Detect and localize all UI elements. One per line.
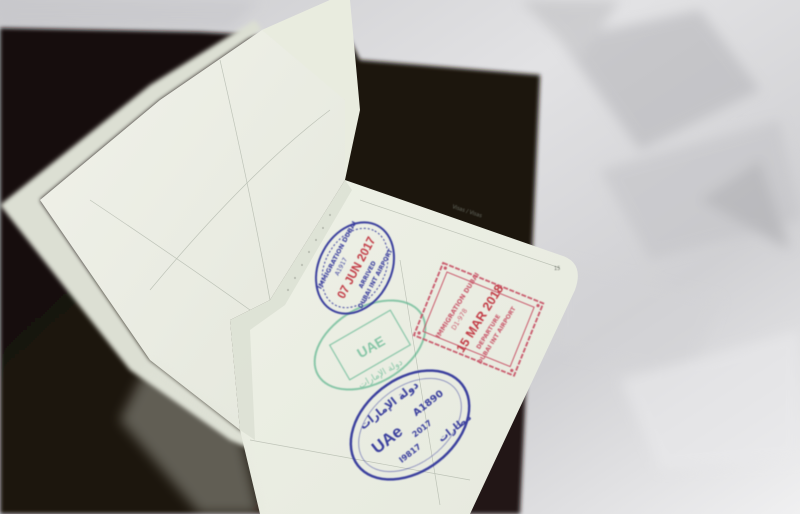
passport-photo: Visas / Visas 15 UAE دولة الإمارات IMMIG… <box>0 0 800 514</box>
page-number: 15 <box>554 266 560 272</box>
